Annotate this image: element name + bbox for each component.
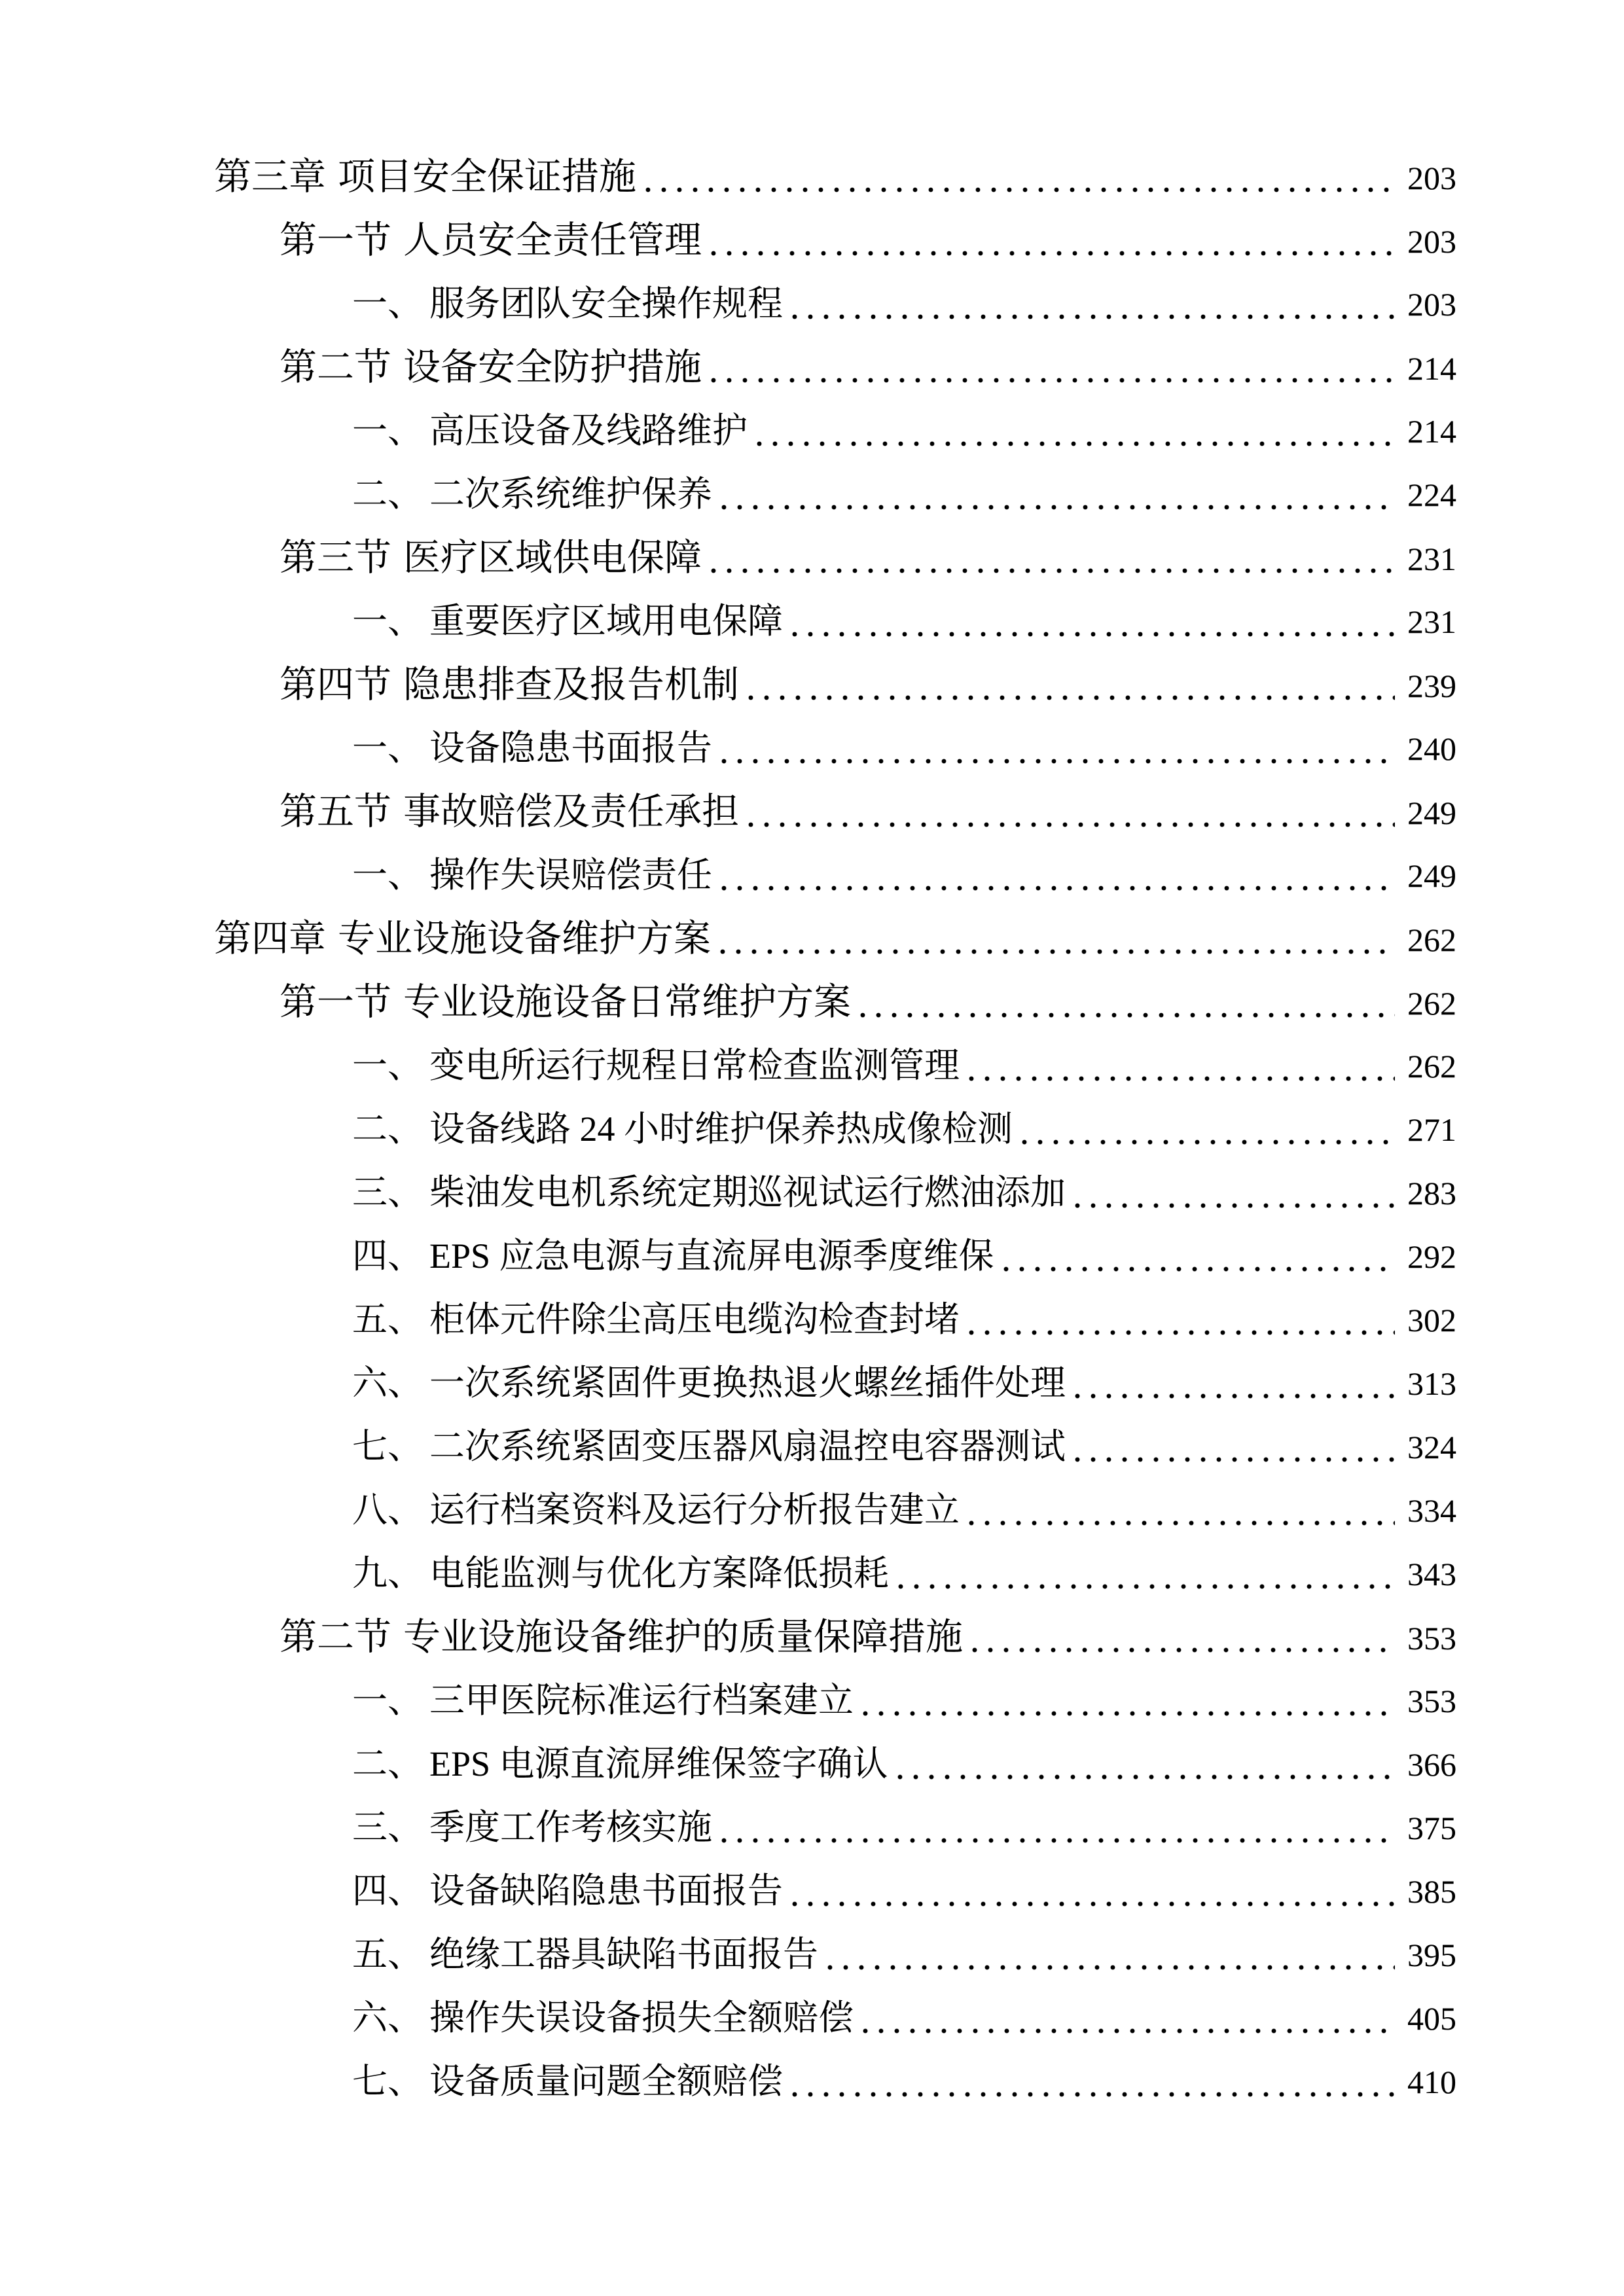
toc-entry[interactable]: 一、 三甲医院标准运行档案建立 353 — [214, 1669, 1456, 1732]
toc-entry-title: 变电所运行规程日常检查监测管理 — [429, 1034, 960, 1098]
toc-page-number: 375 — [1401, 1797, 1456, 1860]
toc-entry[interactable]: 第一节 专业设施设备日常维护方案 262 — [214, 971, 1456, 1034]
toc-entry[interactable]: 二、 设备线路 24 小时维护保养热成像检测 271 — [214, 1098, 1456, 1161]
toc-entry-label: 七、 — [352, 1415, 423, 1479]
toc-dot-leader — [645, 187, 1395, 193]
toc-entry-label: 第四章 — [214, 907, 326, 971]
toc-entry-label: 二、 — [352, 463, 423, 526]
toc-entry[interactable]: 七、 二次系统紧固变压器风扇温控电容器测试 324 — [214, 1415, 1456, 1479]
toc-entry[interactable]: 第一节 人员安全责任管理 203 — [214, 209, 1456, 272]
toc-entry-title: 设备安全防护措施 — [403, 336, 702, 399]
toc-page-number: 231 — [1401, 590, 1456, 654]
toc-entry[interactable]: 第四节 隐患排查及报告机制 239 — [214, 653, 1456, 717]
toc-dot-leader — [1075, 1456, 1395, 1463]
toc-entry-title: 二次系统维护保养 — [429, 463, 712, 526]
toc-entry-title: 人员安全责任管理 — [403, 209, 702, 272]
toc-dot-leader — [792, 631, 1395, 637]
toc-dot-leader — [897, 1774, 1395, 1780]
toc-entry-title: EPS 电源直流屏维保签字确认 — [429, 1732, 888, 1796]
toc-entry[interactable]: 第二节 设备安全防护措施 214 — [214, 336, 1456, 399]
toc-dot-leader — [898, 1583, 1395, 1590]
toc-entry-label: 六、 — [352, 1352, 423, 1415]
toc-page-number: 224 — [1401, 463, 1456, 527]
toc-entry[interactable]: 第二节 专业设施设备维护的质量保障措施 353 — [214, 1605, 1456, 1669]
toc-dot-leader — [757, 440, 1395, 447]
toc-entry-title: 专业设施设备维护的质量保障措施 — [403, 1605, 963, 1669]
toc-entry-title: 事故赔偿及责任承担 — [403, 780, 739, 844]
toc-entry[interactable]: 一、 高压设备及线路维护 214 — [214, 399, 1456, 463]
toc-page-number: 249 — [1401, 844, 1456, 908]
toc-entry-label: 第一节 — [280, 209, 391, 272]
toc-entry-label: 第三节 — [280, 526, 391, 590]
toc-entry-title: 专业设施设备日常维护方案 — [403, 971, 851, 1034]
toc-entry[interactable]: 四、 EPS 应急电源与直流屏电源季度维保 292 — [214, 1225, 1456, 1288]
toc-entry[interactable]: 一、 设备隐患书面报告 240 — [214, 717, 1456, 780]
toc-page-number: 385 — [1401, 1860, 1456, 1924]
toc-page-number: 262 — [1401, 972, 1456, 1035]
toc-entry-label: 五、 — [352, 1923, 423, 1986]
toc-page-number: 203 — [1401, 273, 1456, 336]
toc-entry[interactable]: 第五节 事故赔偿及责任承担 249 — [214, 780, 1456, 844]
toc-page-number: 262 — [1401, 908, 1456, 972]
toc-entry-title: 三甲医院标准运行档案建立 — [429, 1669, 854, 1732]
toc-page-number: 405 — [1401, 1987, 1456, 2051]
toc-dot-leader — [860, 1012, 1395, 1018]
toc-entry-title: EPS 应急电源与直流屏电源季度维保 — [429, 1225, 994, 1288]
toc-entry[interactable]: 第三章 项目安全保证措施 203 — [214, 145, 1456, 209]
toc-dot-leader — [972, 1647, 1395, 1653]
toc-entry[interactable]: 二、 EPS 电源直流屏维保签字确认 366 — [214, 1732, 1456, 1796]
toc-entry-title: 高压设备及线路维护 — [429, 399, 748, 463]
document-page: 第三章 项目安全保证措施 203 第一节 人员安全责任管理 203 一、 服务团… — [0, 0, 1624, 2296]
toc-dot-leader — [969, 1329, 1395, 1336]
toc-page-number: 313 — [1401, 1352, 1456, 1416]
toc-page-number: 353 — [1401, 1670, 1456, 1733]
toc-entry[interactable]: 八、 运行档案资料及运行分析报告建立 334 — [214, 1479, 1456, 1542]
toc-page-number: 353 — [1401, 1607, 1456, 1670]
toc-entry-title: 设备线路 24 小时维护保养热成像检测 — [429, 1098, 1013, 1161]
toc-entry-label: 五、 — [352, 1288, 423, 1352]
toc-entry-label: 四、 — [352, 1859, 423, 1923]
toc-entry-label: 第四节 — [280, 653, 391, 717]
toc-entry[interactable]: 一、 重要医疗区域用电保障 231 — [214, 590, 1456, 653]
toc-dot-leader — [1022, 1139, 1395, 1145]
toc-dot-leader — [711, 377, 1395, 384]
toc-entry-label: 三、 — [352, 1796, 423, 1859]
toc-entry-title: 柜体元件除尘高压电缆沟检查封堵 — [429, 1288, 960, 1352]
toc-entry-label: 二、 — [352, 1732, 423, 1796]
toc-entry[interactable]: 五、 绝缘工器具缺陷书面报告 395 — [214, 1923, 1456, 1986]
toc-dot-leader — [721, 758, 1395, 764]
toc-dot-leader — [792, 2091, 1395, 2098]
toc-entry-title: 专业设施设备维护方案 — [338, 907, 711, 971]
toc-dot-leader — [721, 885, 1395, 891]
toc-entry-title: 设备缺陷隐患书面报告 — [429, 1859, 783, 1923]
toc-dot-leader — [863, 2028, 1395, 2034]
toc-dot-leader — [792, 1901, 1395, 1907]
toc-page-number: 302 — [1401, 1289, 1456, 1352]
toc-dot-leader — [748, 694, 1395, 701]
toc-entry-title: 绝缘工器具缺陷书面报告 — [429, 1923, 818, 1986]
toc-entry-label: 八、 — [352, 1479, 423, 1542]
toc-entry-label: 一、 — [352, 717, 423, 780]
toc-page-number: 410 — [1401, 2051, 1456, 2114]
toc-entry-label: 七、 — [352, 2050, 423, 2113]
toc-entry-label: 一、 — [352, 590, 423, 653]
toc-entry[interactable]: 第三节 医疗区域供电保障 231 — [214, 526, 1456, 590]
toc-page-number: 343 — [1401, 1543, 1456, 1606]
toc-page-number: 231 — [1401, 528, 1456, 591]
toc-entry-label: 三、 — [352, 1161, 423, 1225]
toc-page-number: 203 — [1401, 147, 1456, 210]
toc-dot-leader — [711, 250, 1395, 257]
toc-dot-leader — [969, 1075, 1395, 1082]
toc-dot-leader — [969, 1520, 1395, 1526]
toc-page-number: 334 — [1401, 1479, 1456, 1543]
toc-entry-label: 一、 — [352, 1034, 423, 1098]
toc-entry-label: 第一节 — [280, 971, 391, 1034]
toc-entry[interactable]: 七、 设备质量问题全额赔偿 410 — [214, 2050, 1456, 2113]
toc-dot-leader — [721, 1837, 1395, 1844]
toc-entry-title: 医疗区域供电保障 — [403, 526, 702, 590]
toc-dot-leader — [711, 567, 1395, 574]
toc-entry-title: 隐患排查及报告机制 — [403, 653, 739, 717]
toc-page-number: 366 — [1401, 1733, 1456, 1797]
toc-entry-title: 操作失误赔偿责任 — [429, 844, 712, 907]
toc-entry-label: 第五节 — [280, 780, 391, 844]
toc-entry-title: 季度工作考核实施 — [429, 1796, 712, 1859]
toc-entry[interactable]: 一、 操作失误赔偿责任 249 — [214, 844, 1456, 907]
toc-entry[interactable]: 三、 柴油发电机系统定期巡视试运行燃油添加 283 — [214, 1161, 1456, 1225]
toc-entry-title: 项目安全保证措施 — [338, 145, 636, 209]
toc-entry[interactable]: 五、 柜体元件除尘高压电缆沟检查封堵 302 — [214, 1288, 1456, 1352]
toc-entry-label: 四、 — [352, 1225, 423, 1288]
toc-entry-label: 一、 — [352, 1669, 423, 1732]
toc-page-number: 292 — [1401, 1225, 1456, 1289]
toc-page-number: 395 — [1401, 1924, 1456, 1987]
toc-page-number: 203 — [1401, 210, 1456, 274]
toc-entry[interactable]: 九、 电能监测与优化方案降低损耗 343 — [214, 1542, 1456, 1605]
toc-entry-label: 第二节 — [280, 336, 391, 399]
toc-entry-label: 一、 — [352, 272, 423, 336]
toc-entry-title: 操作失误设备损失全额赔偿 — [429, 1986, 854, 2050]
toc-page-number: 214 — [1401, 400, 1456, 463]
toc-entry-title: 电能监测与优化方案降低损耗 — [429, 1542, 889, 1605]
table-of-contents: 第三章 项目安全保证措施 203 第一节 人员安全责任管理 203 一、 服务团… — [214, 145, 1456, 2113]
toc-entry[interactable]: 二、 二次系统维护保养 224 — [214, 463, 1456, 526]
toc-page-number: 271 — [1401, 1098, 1456, 1162]
toc-entry[interactable]: 六、 操作失误设备损失全额赔偿 405 — [214, 1986, 1456, 2050]
toc-entry[interactable]: 一、 服务团队安全操作规程 203 — [214, 272, 1456, 336]
toc-page-number: 214 — [1401, 337, 1456, 401]
toc-entry-label: 一、 — [352, 844, 423, 907]
toc-page-number: 249 — [1401, 781, 1456, 845]
toc-entry-title: 运行档案资料及运行分析报告建立 — [429, 1479, 960, 1542]
toc-entry-title: 服务团队安全操作规程 — [429, 272, 783, 336]
toc-entry-title: 柴油发电机系统定期巡视试运行燃油添加 — [429, 1161, 1066, 1225]
toc-dot-leader — [792, 314, 1395, 320]
toc-entry[interactable]: 一、 变电所运行规程日常检查监测管理 262 — [214, 1034, 1456, 1098]
toc-entry-title: 重要医疗区域用电保障 — [429, 590, 783, 653]
toc-dot-leader — [1003, 1266, 1395, 1272]
toc-dot-leader — [720, 948, 1395, 955]
toc-dot-leader — [863, 1710, 1395, 1717]
toc-dot-leader — [1075, 1393, 1395, 1399]
toc-dot-leader — [748, 821, 1395, 828]
toc-entry-title: 设备隐患书面报告 — [429, 717, 712, 780]
toc-entry[interactable]: 三、 季度工作考核实施 375 — [214, 1796, 1456, 1859]
toc-entry[interactable]: 四、 设备缺陷隐患书面报告 385 — [214, 1859, 1456, 1923]
toc-page-number: 324 — [1401, 1416, 1456, 1479]
toc-entry-title: 一次系统紧固件更换热退火螺丝插件处理 — [429, 1352, 1066, 1415]
toc-entry-label: 九、 — [352, 1542, 423, 1605]
toc-page-number: 240 — [1401, 717, 1456, 781]
toc-entry-label: 第二节 — [280, 1605, 391, 1669]
toc-page-number: 283 — [1401, 1162, 1456, 1225]
toc-entry-label: 二、 — [352, 1098, 423, 1161]
toc-dot-leader — [827, 1964, 1395, 1971]
toc-dot-leader — [721, 504, 1395, 511]
toc-entry-title: 二次系统紧固变压器风扇温控电容器测试 — [429, 1415, 1066, 1479]
toc-page-number: 239 — [1401, 655, 1456, 718]
toc-entry-label: 六、 — [352, 1986, 423, 2050]
toc-dot-leader — [1075, 1202, 1395, 1209]
toc-entry[interactable]: 第四章 专业设施设备维护方案 262 — [214, 907, 1456, 971]
toc-page-number: 262 — [1401, 1035, 1456, 1098]
toc-entry-title: 设备质量问题全额赔偿 — [429, 2050, 783, 2113]
toc-entry[interactable]: 六、 一次系统紧固件更换热退火螺丝插件处理 313 — [214, 1352, 1456, 1415]
toc-entry-label: 一、 — [352, 399, 423, 463]
toc-entry-label: 第三章 — [214, 145, 326, 209]
